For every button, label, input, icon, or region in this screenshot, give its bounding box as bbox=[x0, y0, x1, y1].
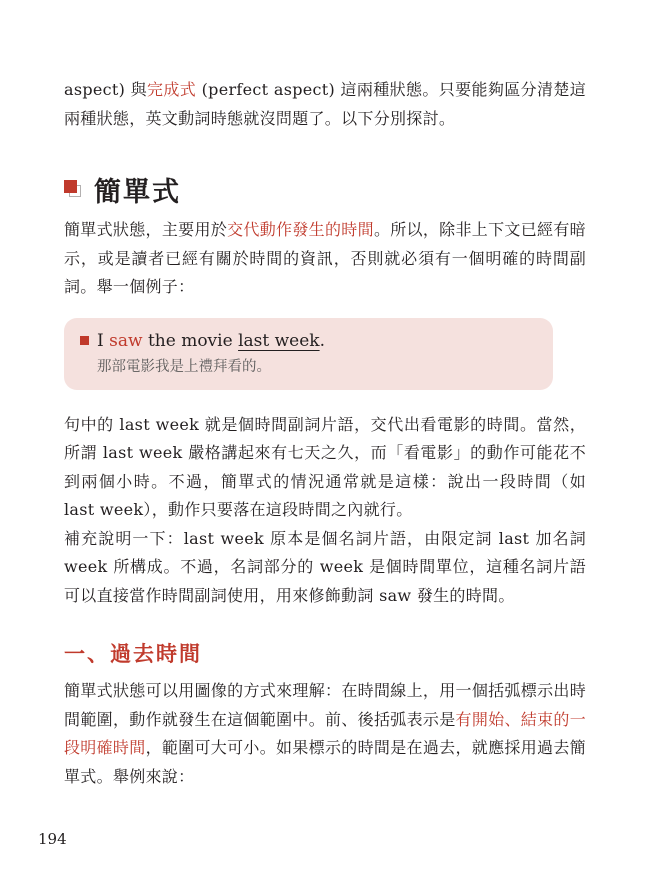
page-content: aspect) 與完成式 (perfect aspect) 這兩種狀態。只要能夠… bbox=[64, 76, 586, 791]
intro-paragraph: aspect) 與完成式 (perfect aspect) 這兩種狀態。只要能夠… bbox=[64, 76, 586, 133]
past-time-intro-paragraph: 簡單式狀態可以用圖像的方式來理解：在時間線上，用一個括弧標示出時間範圍，動作就發… bbox=[64, 677, 586, 791]
section-heading-simple-aspect: 簡單式 bbox=[64, 170, 586, 209]
section-heading-text: 簡單式 bbox=[94, 170, 181, 209]
subsection-heading-past-time: 一、過去時間 bbox=[64, 638, 586, 668]
bullet-red-square bbox=[64, 180, 77, 193]
explanation-paragraph: 句中的 last week 就是個時間副詞片語，交代出看電影的時間。當然，所謂 … bbox=[64, 411, 586, 525]
example-sentence-box: I saw the movie last week. 那部電影我是上禮拜看的。 bbox=[64, 318, 553, 390]
example-sentence-row: I saw the movie last week. bbox=[80, 328, 533, 354]
example-bullet-icon bbox=[80, 336, 89, 345]
page-number: 194 bbox=[38, 830, 67, 848]
simple-aspect-intro-paragraph: 簡單式狀態，主要用於交代動作發生的時間。所以，除非上下文已經有暗示，或是讀者已經… bbox=[64, 216, 586, 302]
book-page: aspect) 與完成式 (perfect aspect) 這兩種狀態。只要能夠… bbox=[0, 0, 648, 880]
example-translation: 那部電影我是上禮拜看的。 bbox=[80, 355, 533, 379]
supplement-paragraph: 補充說明一下：last week 原本是個名詞片語，由限定詞 last 加名詞 … bbox=[64, 525, 586, 611]
red-square-bullet-icon bbox=[64, 180, 83, 199]
example-sentence: I saw the movie last week. bbox=[97, 328, 325, 354]
